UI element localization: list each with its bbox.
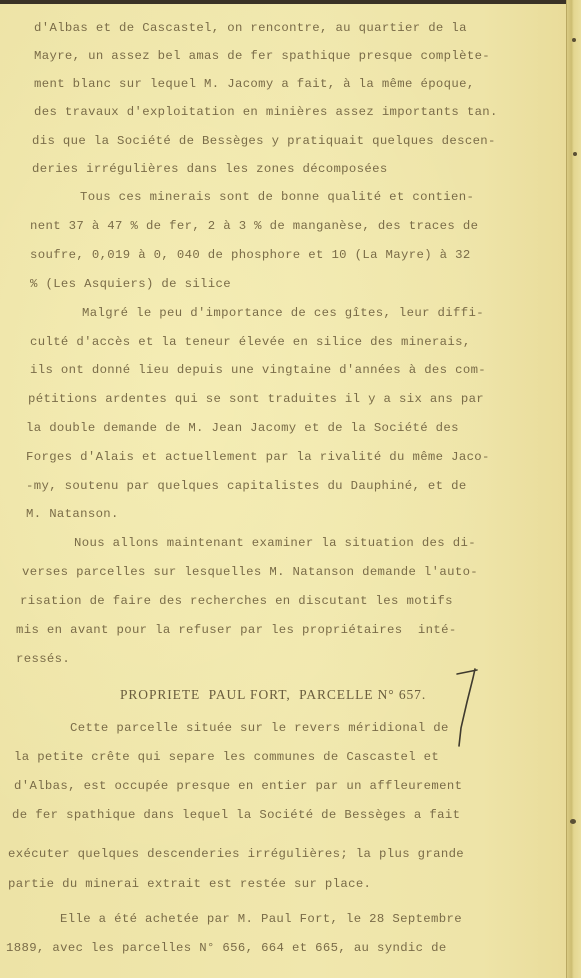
text-line: Nous allons maintenant examiner la situa… (74, 535, 476, 551)
text-line: pétitions ardentes qui se sont traduites… (28, 391, 484, 407)
text-line: Malgré le peu d'importance de ces gîtes,… (82, 305, 484, 321)
binding-pin-icon (572, 38, 576, 42)
text-line: ment blanc sur lequel M. Jacomy a fait, … (34, 76, 475, 92)
text-line: exécuter quelques descenderies irréguliè… (8, 846, 464, 862)
binding-pin-icon (573, 152, 577, 156)
text-line: Cette parcelle située sur le revers méri… (70, 720, 449, 736)
text-line: verses parcelles sur lesquelles M. Natan… (22, 564, 478, 580)
text-line: la double demande de M. Jean Jacomy et d… (26, 420, 459, 436)
text-line: mis en avant pour la refuser par les pro… (16, 622, 457, 638)
page-binding-edge (566, 0, 581, 978)
text-line: soufre, 0,019 à 0, 040 de phosphore et 1… (30, 247, 471, 263)
text-line: dis que la Société de Bessèges y pratiqu… (32, 133, 496, 149)
text-line: partie du minerai extrait est restée sur… (8, 876, 371, 892)
document-body: d'Albas et de Cascastel, on rencontre, a… (0, 0, 566, 602)
text-line: ressés. (16, 651, 70, 667)
text-line: d'Albas, est occupée presque en entier p… (14, 778, 462, 794)
text-line: -my, soutenu par quelques capitalistes d… (26, 478, 467, 494)
text-line: Mayre, un assez bel amas de fer spathiqu… (34, 48, 490, 64)
text-line: M. Natanson. (26, 506, 119, 522)
text-line: risation de faire des recherches en disc… (20, 593, 453, 609)
text-line: des travaux d'exploitation en minières a… (34, 104, 498, 120)
text-line: 1889, avec les parcelles N° 656, 664 et … (6, 940, 447, 956)
text-line: % (Les Asquiers) de silice (30, 276, 231, 292)
text-line: nent 37 à 47 % de fer, 2 à 3 % de mangan… (30, 218, 478, 234)
text-line: deries irrégulières dans les zones décom… (32, 161, 388, 177)
text-line: de fer spathique dans lequel la Société … (12, 807, 460, 823)
text-line: d'Albas et de Cascastel, on rencontre, a… (34, 20, 467, 36)
text-line: culté d'accès et la teneur élevée en sil… (30, 334, 471, 350)
text-line: Tous ces minerais sont de bonne qualité … (80, 189, 474, 205)
handwritten-seven-correction-icon (453, 666, 483, 756)
text-line: la petite crête qui separe les communes … (14, 749, 439, 765)
text-line: Elle a été achetée par M. Paul Fort, le … (60, 911, 462, 927)
binding-pin-icon (570, 819, 576, 824)
text-line: ils ont donné lieu depuis une vingtaine … (30, 362, 486, 378)
section-heading: PROPRIETE PAUL FORT, PARCELLE N° 657. (120, 687, 426, 703)
text-line: Forges d'Alais et actuellement par la ri… (26, 449, 490, 465)
